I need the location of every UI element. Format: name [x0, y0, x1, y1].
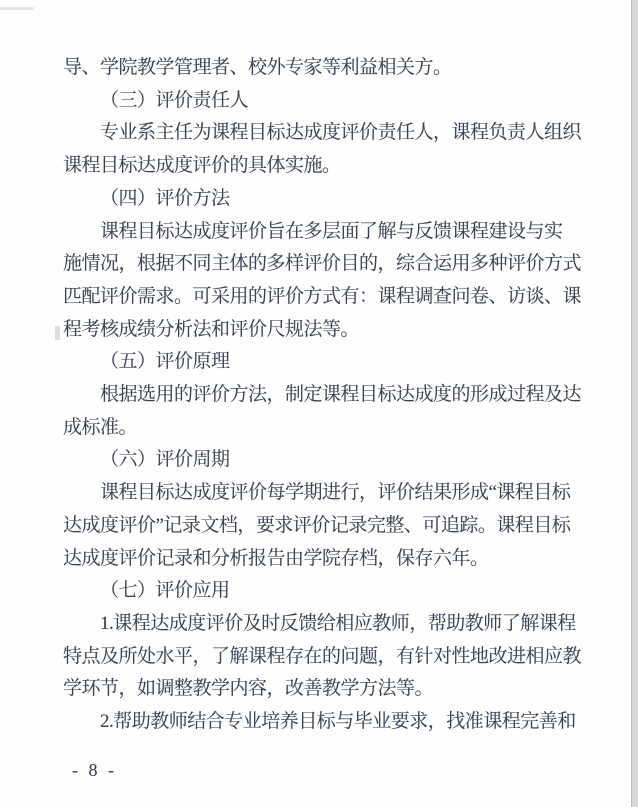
text-line: 施情况，根据不同主体的多样评价目的，综合运用多种评价方式 — [63, 248, 624, 281]
text-line: （五）评价原理 — [63, 346, 624, 379]
text-line: 课程目标达成度评价旨在多层面了解与反馈课程建设与实 — [63, 216, 624, 249]
scan-artifact-top-left — [0, 7, 34, 10]
text-line: 2.帮助教师结合专业培养目标与毕业要求，找准课程完善和 — [63, 706, 624, 739]
text-line: 成标准。 — [63, 412, 624, 445]
text-line: 达成度评价”记录文档，要求评价记录完整、可追踪。课程目标 — [63, 510, 624, 543]
text-line: 特点及所处水平，了解课程存在的问题，有针对性地改进相应教 — [63, 641, 624, 674]
text-line: 根据选用的评价方法，制定课程目标达成度的形成过程及达 — [63, 379, 624, 412]
text-line: 1.课程达成度评价及时反馈给相应教师，帮助教师了解课程 — [63, 608, 624, 641]
scanned-document-page: 导、学院教学管理者、校外专家等利益相关方。（三）评价责任人专业系主任为课程目标达… — [0, 0, 638, 807]
text-line: （六）评价周期 — [63, 444, 624, 477]
text-line: 课程目标达成度评价的具体实施。 — [63, 150, 624, 183]
document-body: 导、学院教学管理者、校外专家等利益相关方。（三）评价责任人专业系主任为课程目标达… — [63, 52, 624, 739]
text-line: 匹配评价需求。可采用的评价方式有：课程调查问卷、访谈、课 — [63, 281, 624, 314]
text-line: （七）评价应用 — [63, 575, 624, 608]
text-line: （三）评价责任人 — [63, 85, 624, 118]
page-number: - 8 - — [72, 760, 117, 781]
scan-edge-right-strip — [631, 0, 638, 807]
text-line: 程考核成绩分析法和评价尺规法等。 — [63, 314, 624, 347]
text-line: 学环节，如调整教学内容，改善教学方法等。 — [63, 673, 624, 706]
scan-artifact-left-margin — [55, 326, 60, 340]
text-line: 导、学院教学管理者、校外专家等利益相关方。 — [63, 52, 624, 85]
text-line: 专业系主任为课程目标达成度评价责任人，课程负责人组织 — [63, 117, 624, 150]
text-line: 达成度评价记录和分析报告由学院存档，保存六年。 — [63, 543, 624, 576]
text-line: 课程目标达成度评价每学期进行，评价结果形成“课程目标 — [63, 477, 624, 510]
text-line: （四）评价方法 — [63, 183, 624, 216]
